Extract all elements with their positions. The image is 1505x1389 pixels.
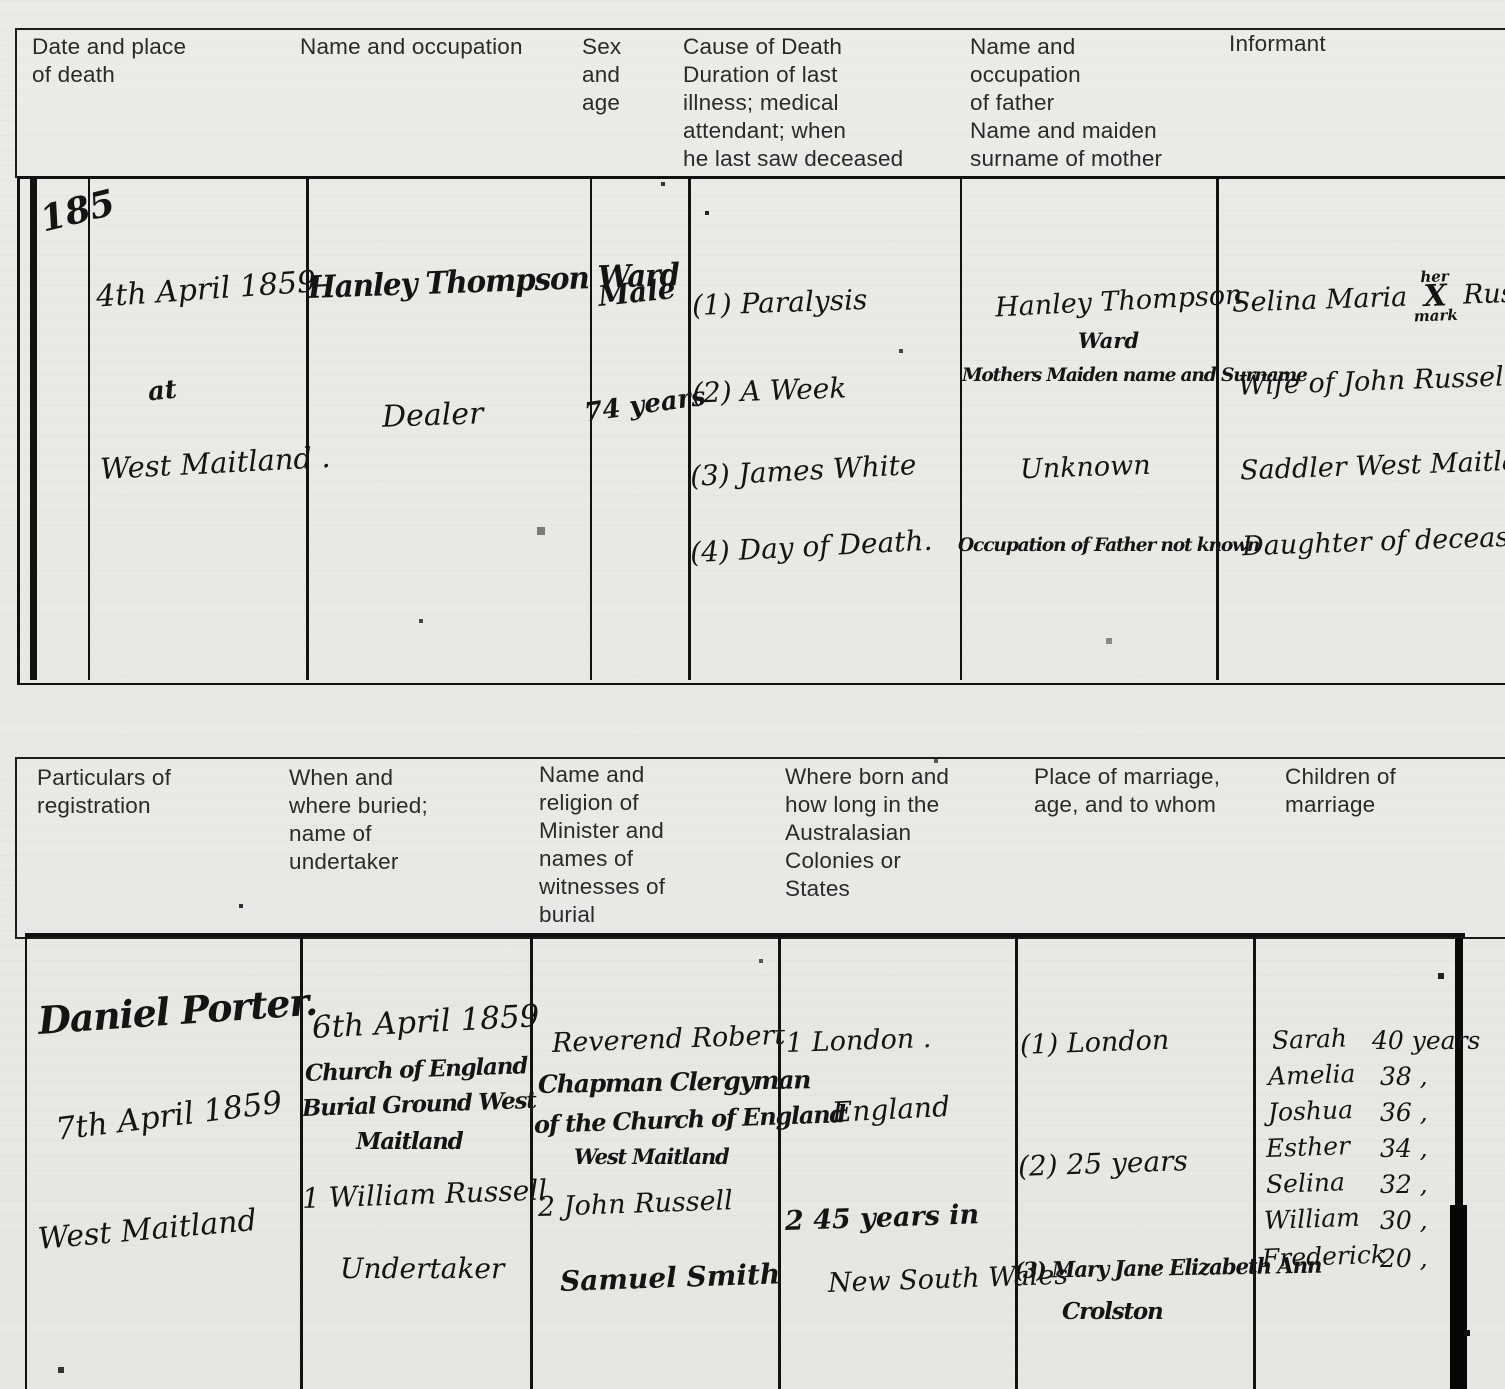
death-at: at (147, 375, 179, 408)
minister-line-2: Chapman Clergyman (538, 1065, 811, 1099)
mother-name: Unknown (1019, 450, 1151, 486)
informant-signature: Selina Maria her X mark Russell (1231, 266, 1505, 328)
child-name: Esther (1265, 1131, 1350, 1163)
column-divider (778, 933, 781, 1389)
header-name-occupation: Name and occupation (300, 33, 523, 61)
child-age: 30 , (1380, 1206, 1428, 1235)
death-table-body-frame (17, 176, 1505, 685)
father-occupation-note: Occupation of Father not known (958, 534, 1259, 556)
burial-ground-line2: Maitland (356, 1128, 463, 1155)
header-marriage: Place of marriage, age, and to whom (1034, 763, 1220, 819)
deceased-occupation: Dealer (381, 396, 484, 435)
marriage-age: (2) 25 years (1017, 1144, 1188, 1183)
marriage-spouse-line2: Crolston (1062, 1298, 1163, 1325)
minister-line-4: West Maitland (574, 1144, 729, 1169)
child-age: 36 , (1380, 1098, 1428, 1127)
child-age: 20 , (1380, 1244, 1428, 1273)
father-name-2: Ward (1078, 328, 1139, 353)
column-divider (88, 176, 90, 680)
cause-line-2: (2) A Week (691, 371, 846, 409)
informant-name-first: Selina Maria (1232, 282, 1408, 319)
child-name: Frederick (1261, 1240, 1386, 1273)
born-place-line2: England (831, 1090, 951, 1129)
child-name: Selina (1265, 1167, 1345, 1199)
header-registration: Particulars of registration (37, 764, 171, 820)
header-cause-of-death: Cause of Death Duration of last illness;… (683, 33, 903, 173)
header-burial: When and where buried; name of undertake… (289, 764, 428, 876)
burial-table-header: Particulars of registration When and whe… (15, 757, 1505, 939)
informant-mark: her X mark (1412, 270, 1458, 323)
page-edge-bar (1450, 1205, 1467, 1389)
child-age: 38 , (1380, 1062, 1428, 1091)
informant-name-last: Russell (1463, 276, 1505, 310)
scanned-register-page: Date and place of death Name and occupat… (0, 0, 1505, 1389)
child-age: 32 , (1380, 1170, 1428, 1199)
child-name: Joshua (1267, 1095, 1353, 1127)
child-name: Sarah (1271, 1023, 1347, 1055)
cause-line-1: (1) Paralysis (691, 283, 867, 322)
header-minister: Name and religion of Minister and names … (539, 761, 665, 929)
column-divider (1253, 933, 1256, 1389)
column-divider (688, 176, 691, 680)
marriage-place: (1) London (1019, 1025, 1169, 1061)
header-date-place: Date and place of death (32, 33, 186, 89)
born-place-line1: 1 London . (785, 1023, 931, 1059)
ink-specks (0, 0, 2, 2)
death-table-header: Date and place of death Name and occupat… (15, 28, 1505, 178)
undertaker-label: Undertaker (340, 1252, 504, 1285)
header-parents: Name and occupation of father Name and m… (970, 33, 1162, 173)
child-age: 34 , (1380, 1134, 1428, 1163)
column-divider (30, 176, 37, 680)
child-age: 40 years (1372, 1026, 1480, 1055)
child-name: William (1263, 1203, 1360, 1235)
mark-word: mark (1414, 309, 1458, 323)
column-divider (960, 176, 962, 680)
column-divider (1216, 176, 1219, 680)
header-sex-age: Sex and age (582, 33, 621, 117)
header-informant: Informant (1229, 30, 1326, 58)
header-children: Children of marriage (1285, 763, 1396, 819)
child-name: Amelia (1267, 1059, 1355, 1091)
column-divider (306, 176, 309, 680)
header-born: Where born and how long in the Australas… (785, 763, 949, 903)
column-divider (590, 176, 592, 680)
